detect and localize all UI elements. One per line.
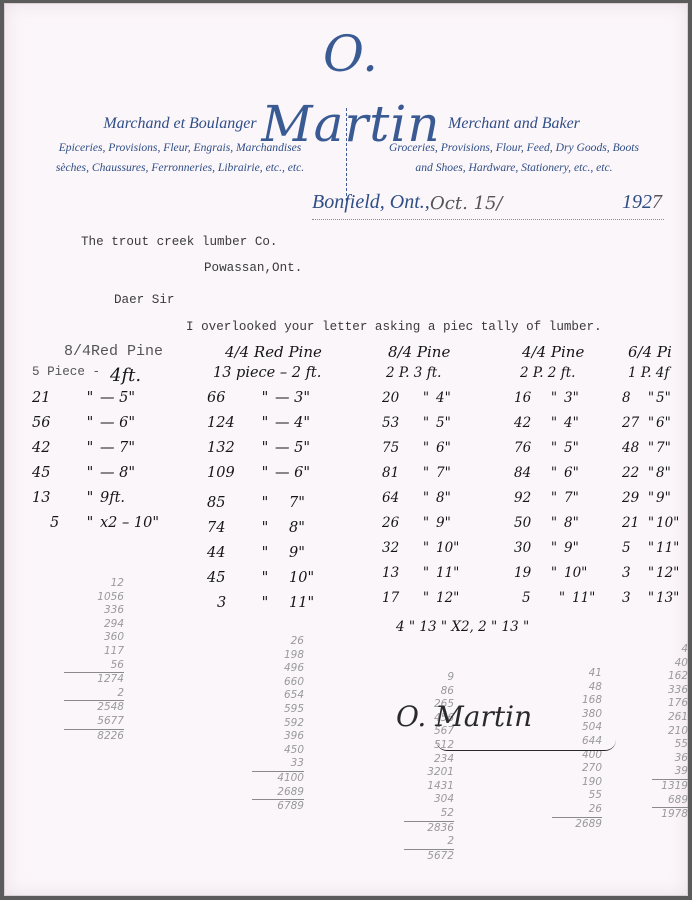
ditto-mark: " <box>544 565 564 590</box>
addend: 234 <box>404 753 454 767</box>
tally-row: 5 Piece - 4ft. <box>32 365 163 390</box>
addend: 270 <box>552 762 602 776</box>
ditto-mark: " <box>255 440 275 465</box>
tally-row: 85"7" <box>207 495 322 520</box>
tally-row: 3"12" <box>622 565 679 590</box>
length: 9" <box>275 545 305 570</box>
tally-row: 64"8" <box>382 490 529 515</box>
ditto-mark: " <box>416 390 436 415</box>
addend: 261 <box>652 711 688 725</box>
count: 50 <box>514 515 544 540</box>
tally-row: 66"— 3" <box>207 390 322 415</box>
tally-row: 30"9" <box>514 540 595 565</box>
length: 5" <box>564 440 579 465</box>
ditto-mark: " <box>80 415 100 440</box>
tally-row: 42"— 7" <box>32 440 163 465</box>
addend: 36 <box>652 752 688 766</box>
ditto-mark: " <box>544 465 564 490</box>
tally-row: 5"x2 – 10" <box>32 515 163 540</box>
count: 29 <box>622 490 646 515</box>
length: 3" <box>564 390 579 415</box>
length: 10" <box>275 570 314 595</box>
ditto-mark: " <box>255 495 275 520</box>
addend: 117 <box>64 645 124 659</box>
tally-row: 109"— 6" <box>207 465 322 495</box>
ditto-mark: " <box>646 490 656 515</box>
ditto-mark: " <box>416 465 436 490</box>
count: 30 <box>514 540 544 565</box>
count: 26 <box>382 515 416 540</box>
ditto-mark: " <box>80 515 100 540</box>
ditto-mark: " <box>80 490 100 515</box>
signature-text: O. Martin <box>396 700 532 733</box>
length: — 3" <box>275 390 310 415</box>
subtotal: 2548 <box>64 700 124 715</box>
addend: 48 <box>552 681 602 695</box>
column-header: 6/4 Pi <box>622 343 679 365</box>
tally-row: 13"9ft. <box>32 490 163 515</box>
ditto-mark: " <box>646 565 656 590</box>
year: 1927 <box>622 191 662 214</box>
first-row: 2 P. 3 ft. <box>382 365 441 390</box>
length: 7" <box>656 440 671 465</box>
addend: 9 <box>404 671 454 685</box>
addend: 86 <box>404 685 454 699</box>
addend: 2 <box>64 687 124 701</box>
length: 11" <box>656 540 679 565</box>
pencil-sum-5: 4 40 162 336 176 261 210 55 36 39 1319 6… <box>652 643 688 822</box>
length: 8" <box>436 490 451 515</box>
length: 8" <box>275 520 305 545</box>
addend: 336 <box>652 684 688 698</box>
ditto-mark: " <box>255 570 275 595</box>
typed-count: 5 Piece - <box>32 365 100 390</box>
length: 4ft. <box>110 365 141 390</box>
addend: 689 <box>652 794 688 808</box>
ditto-mark: " <box>80 440 100 465</box>
ditto-mark: " <box>646 390 656 415</box>
total: 2689 <box>552 817 602 832</box>
ditto-mark: " <box>646 540 656 565</box>
addend: 52 <box>404 807 454 821</box>
english-title: Merchant and Baker <box>364 115 664 133</box>
addend: 654 <box>252 689 304 703</box>
count: 16 <box>514 390 544 415</box>
length: — 6" <box>100 415 135 440</box>
count: 56 <box>32 415 80 440</box>
length: — 7" <box>100 440 135 465</box>
length: 7" <box>275 495 305 520</box>
addend: 2 <box>404 835 454 849</box>
ditto-mark: " <box>544 390 564 415</box>
count: 22 <box>622 465 646 490</box>
french-line-2: sèches, Chaussures, Ferronneries, Librai… <box>30 158 330 178</box>
addend: 294 <box>64 618 124 632</box>
addend: 2689 <box>252 786 304 800</box>
addend: 336 <box>64 604 124 618</box>
length: 11" <box>572 590 595 615</box>
addend: 12 <box>64 577 124 591</box>
count: 66 <box>207 390 255 415</box>
ditto-mark: " <box>255 520 275 545</box>
length: 6" <box>436 440 451 465</box>
count: 5 <box>32 515 80 540</box>
tally-row: 5"11" <box>514 590 595 615</box>
total: 1274 <box>64 672 124 687</box>
tally-row: 81"7" <box>382 465 529 490</box>
tally-row: 5"11" <box>622 540 679 565</box>
length: 4" <box>436 390 451 415</box>
tally-row: 92"7" <box>514 490 595 515</box>
signature: O. Martin <box>396 700 618 752</box>
pencil-sum-1: 12 1056 336 294 360 117 56 1274 2 2548 5… <box>64 577 124 743</box>
ditto-mark: " <box>544 490 564 515</box>
tally-row: 2 P. 2 ft. <box>514 365 595 390</box>
tally-row: 22"8" <box>622 465 679 490</box>
ditto-mark: " <box>646 465 656 490</box>
addend: 198 <box>252 649 304 663</box>
length: 7" <box>436 465 451 490</box>
count: 8 <box>622 390 646 415</box>
addend: 5677 <box>64 715 124 729</box>
tally-column-6-4-pine: 6/4 Pi 1 P. 4f 8"5" 27"6" 48"7" 22"8" 29… <box>622 343 679 615</box>
count: 20 <box>382 390 416 415</box>
signature-swash <box>436 740 616 751</box>
count: 27 <box>622 415 646 440</box>
addend: 190 <box>552 776 602 790</box>
addend: 592 <box>252 717 304 731</box>
ditto-mark: " <box>544 415 564 440</box>
addend: 304 <box>404 793 454 807</box>
total: 1319 <box>652 779 688 794</box>
grand-total: 6789 <box>252 799 304 814</box>
addend: 55 <box>552 789 602 803</box>
length: 7" <box>564 490 579 515</box>
tally-row: 45"10" <box>207 570 322 595</box>
addend: 55 <box>652 738 688 752</box>
count: 5 <box>514 590 552 615</box>
tally-row: 132"— 5" <box>207 440 322 465</box>
french-title: Marchand et Boulanger <box>30 115 330 133</box>
tally-row: 45"— 8" <box>32 465 163 490</box>
ditto-mark: " <box>255 465 275 495</box>
length: 8" <box>656 465 671 490</box>
ditto-mark: " <box>416 515 436 540</box>
tally-row: 16"3" <box>514 390 595 415</box>
year-printed: 192 <box>622 191 652 213</box>
length: — 4" <box>275 415 310 440</box>
count: 45 <box>207 570 255 595</box>
length: 9" <box>436 515 451 540</box>
length: 11" <box>275 595 314 620</box>
addend: 176 <box>652 697 688 711</box>
count: 3 <box>622 590 646 615</box>
tally-row: 44"9" <box>207 545 322 570</box>
ditto-mark: " <box>416 440 436 465</box>
tally-row: 32"10" <box>382 540 529 565</box>
tally-row: 3"11" <box>207 595 322 620</box>
addend: 396 <box>252 730 304 744</box>
addend: 162 <box>652 670 688 684</box>
length: 6" <box>564 465 579 490</box>
ditto-mark: " <box>646 590 656 615</box>
addend: 41 <box>552 667 602 681</box>
ditto-mark: " <box>544 515 564 540</box>
length: 9ft. <box>100 490 125 515</box>
ditto-mark: " <box>416 490 436 515</box>
count: 5 <box>622 540 646 565</box>
ditto-mark: " <box>255 390 275 415</box>
ditto-mark: " <box>80 465 100 490</box>
count: 19 <box>514 565 544 590</box>
ditto-mark: " <box>255 545 275 570</box>
tally-column-8-4-red-pine: 8/4Red Pine 5 Piece - 4ft. 21"— 5" 56"— … <box>32 343 163 540</box>
count: 64 <box>382 490 416 515</box>
length: 11" <box>436 565 459 590</box>
length: 9" <box>656 490 671 515</box>
length: — 8" <box>100 465 135 490</box>
tally-row: 124"— 4" <box>207 415 322 440</box>
letter-body: I overlooked your letter asking a piec t… <box>186 320 602 334</box>
tally-row: 21"10" <box>622 515 679 540</box>
length: 12" <box>436 590 459 615</box>
ditto-mark: " <box>646 440 656 465</box>
length: 10" <box>564 565 587 590</box>
ditto-mark: " <box>416 540 436 565</box>
tally-row: 13 piece – 2 ft. <box>207 365 322 390</box>
length: 5" <box>436 415 451 440</box>
grand-total: 1978 <box>652 807 688 822</box>
count: 42 <box>32 440 80 465</box>
salutation: Daer Sir <box>114 293 174 307</box>
length: 8" <box>564 515 579 540</box>
length: x2 – 10" <box>100 515 159 540</box>
tally-row: 84"6" <box>514 465 595 490</box>
tally-column-4-4-pine: 4/4 Pine 2 P. 2 ft. 16"3" 42"4" 76"5" 84… <box>514 343 595 615</box>
count: 3 <box>622 565 646 590</box>
tally-row: 76"5" <box>514 440 595 465</box>
english-description: Groceries, Provisions, Flour, Feed, Dry … <box>364 138 664 178</box>
addend: 39 <box>652 765 688 779</box>
count: 81 <box>382 465 416 490</box>
first-row: 1 P. 4f <box>622 365 669 390</box>
ditto-mark: " <box>416 565 436 590</box>
count: 21 <box>32 390 80 415</box>
count: 13 <box>32 490 80 515</box>
length: — 5" <box>275 440 310 465</box>
tally-row: 2 P. 3 ft. <box>382 365 529 390</box>
addend: 496 <box>252 662 304 676</box>
length: 10" <box>656 515 679 540</box>
tally-row: 21"— 5" <box>32 390 163 415</box>
tally-row: 17"12" <box>382 590 529 615</box>
count: 32 <box>382 540 416 565</box>
tally-row: 74"8" <box>207 520 322 545</box>
tally-row: 1 P. 4f <box>622 365 679 390</box>
tally-row: 29"9" <box>622 490 679 515</box>
french-line-1: Epiceries, Provisions, Fleur, Engrais, M… <box>30 138 330 158</box>
grand-total: 8226 <box>64 729 124 744</box>
column-header: 4/4 Red Pine <box>207 343 322 365</box>
total: 2836 <box>404 821 454 836</box>
addend: 26 <box>252 635 304 649</box>
ditto-mark: " <box>416 590 436 615</box>
tally-row: 27"6" <box>622 415 679 440</box>
ditto-mark: " <box>416 415 436 440</box>
count: 21 <box>622 515 646 540</box>
count: 3 <box>207 595 255 620</box>
length: 5" <box>656 390 671 415</box>
count: 13 <box>382 565 416 590</box>
count: 124 <box>207 415 255 440</box>
first-row: 2 P. 2 ft. <box>514 365 575 390</box>
tally-extra-row: 4 " 13 " X2, 2 " 13 " <box>382 619 529 644</box>
letter-sheet: O. Martin Marchand et Boulanger Epicerie… <box>4 3 688 896</box>
count: 48 <box>622 440 646 465</box>
addend: 360 <box>64 631 124 645</box>
total: 4100 <box>252 771 304 786</box>
grand-total: 5672 <box>404 849 454 864</box>
column-header: 4/4 Pine <box>514 343 595 365</box>
tally-column-8-4-pine: 8/4 Pine 2 P. 3 ft. 20"4" 53"5" 75"6" 81… <box>382 343 529 644</box>
addend: 4 <box>652 643 688 657</box>
tally-row: 48"7" <box>622 440 679 465</box>
recipient: The trout creek lumber Co. <box>81 235 278 249</box>
count: 85 <box>207 495 255 520</box>
ditto-mark: " <box>646 515 656 540</box>
length: 9" <box>564 540 579 565</box>
ditto-mark: " <box>80 390 100 415</box>
addend: 595 <box>252 703 304 717</box>
handwritten-date: Oct. 15/ <box>430 193 502 214</box>
length: 4" <box>564 415 579 440</box>
pencil-sum-2: 26 198 496 660 654 595 592 396 450 33 41… <box>252 635 304 814</box>
column-header: 8/4 Pine <box>382 343 529 365</box>
count: 84 <box>514 465 544 490</box>
count: 109 <box>207 465 255 495</box>
year-handwritten: 7 <box>652 191 662 213</box>
count: 74 <box>207 520 255 545</box>
tally-row: 19"10" <box>514 565 595 590</box>
count: 44 <box>207 545 255 570</box>
tally-row: 3"13" <box>622 590 679 615</box>
addend: 40 <box>652 657 688 671</box>
addend: 56 <box>64 659 124 673</box>
ditto-mark: " <box>255 415 275 440</box>
count: 53 <box>382 415 416 440</box>
recipient-address: Powassan,Ont. <box>204 261 302 275</box>
tally-column-4-4-red-pine: 4/4 Red Pine 13 piece – 2 ft. 66"— 3" 12… <box>207 343 322 620</box>
first-row: 13 piece – 2 ft. <box>207 365 321 390</box>
addend: 33 <box>252 757 304 771</box>
length: 6" <box>656 415 671 440</box>
count: 45 <box>32 465 80 490</box>
extra-entry: 4 " 13 " X2, 2 " 13 " <box>396 619 529 644</box>
ditto-mark: " <box>544 440 564 465</box>
column-header: 8/4Red Pine <box>32 343 163 365</box>
tally-row: 13"11" <box>382 565 529 590</box>
ditto-mark: " <box>552 590 572 615</box>
tally-row: 53"5" <box>382 415 529 440</box>
tally-row: 20"4" <box>382 390 529 415</box>
french-description: Epiceries, Provisions, Fleur, Engrais, M… <box>30 138 330 178</box>
english-line-2: and Shoes, Hardware, Stationery, etc., e… <box>364 158 664 178</box>
length: 12" <box>656 565 679 590</box>
tally-row: 56"— 6" <box>32 415 163 440</box>
length: 10" <box>436 540 459 565</box>
tally-row: 8"5" <box>622 390 679 415</box>
length: 13" <box>656 590 679 615</box>
addend: 3201 <box>404 766 454 780</box>
addend: 210 <box>652 725 688 739</box>
tally-row: 50"8" <box>514 515 595 540</box>
count: 42 <box>514 415 544 440</box>
length: — 6" <box>275 465 310 495</box>
count: 92 <box>514 490 544 515</box>
addend: 660 <box>252 676 304 690</box>
ditto-mark: " <box>255 595 275 620</box>
count: 76 <box>514 440 544 465</box>
tally-row: 75"6" <box>382 440 529 465</box>
ditto-mark: " <box>646 415 656 440</box>
count: 17 <box>382 590 416 615</box>
place-label: Bonfield, Ont., <box>312 191 430 214</box>
addend: 1056 <box>64 591 124 605</box>
tally-row: 26"9" <box>382 515 529 540</box>
addend: 1431 <box>404 780 454 794</box>
addend: 450 <box>252 744 304 758</box>
ditto-mark: " <box>544 540 564 565</box>
count: 132 <box>207 440 255 465</box>
english-line-1: Groceries, Provisions, Flour, Feed, Dry … <box>364 138 664 158</box>
tally-row: 42"4" <box>514 415 595 440</box>
date-line: Bonfield, Ont., Oct. 15/ 1927 <box>312 191 664 220</box>
addend: 26 <box>552 803 602 817</box>
count: 75 <box>382 440 416 465</box>
length: — 5" <box>100 390 135 415</box>
